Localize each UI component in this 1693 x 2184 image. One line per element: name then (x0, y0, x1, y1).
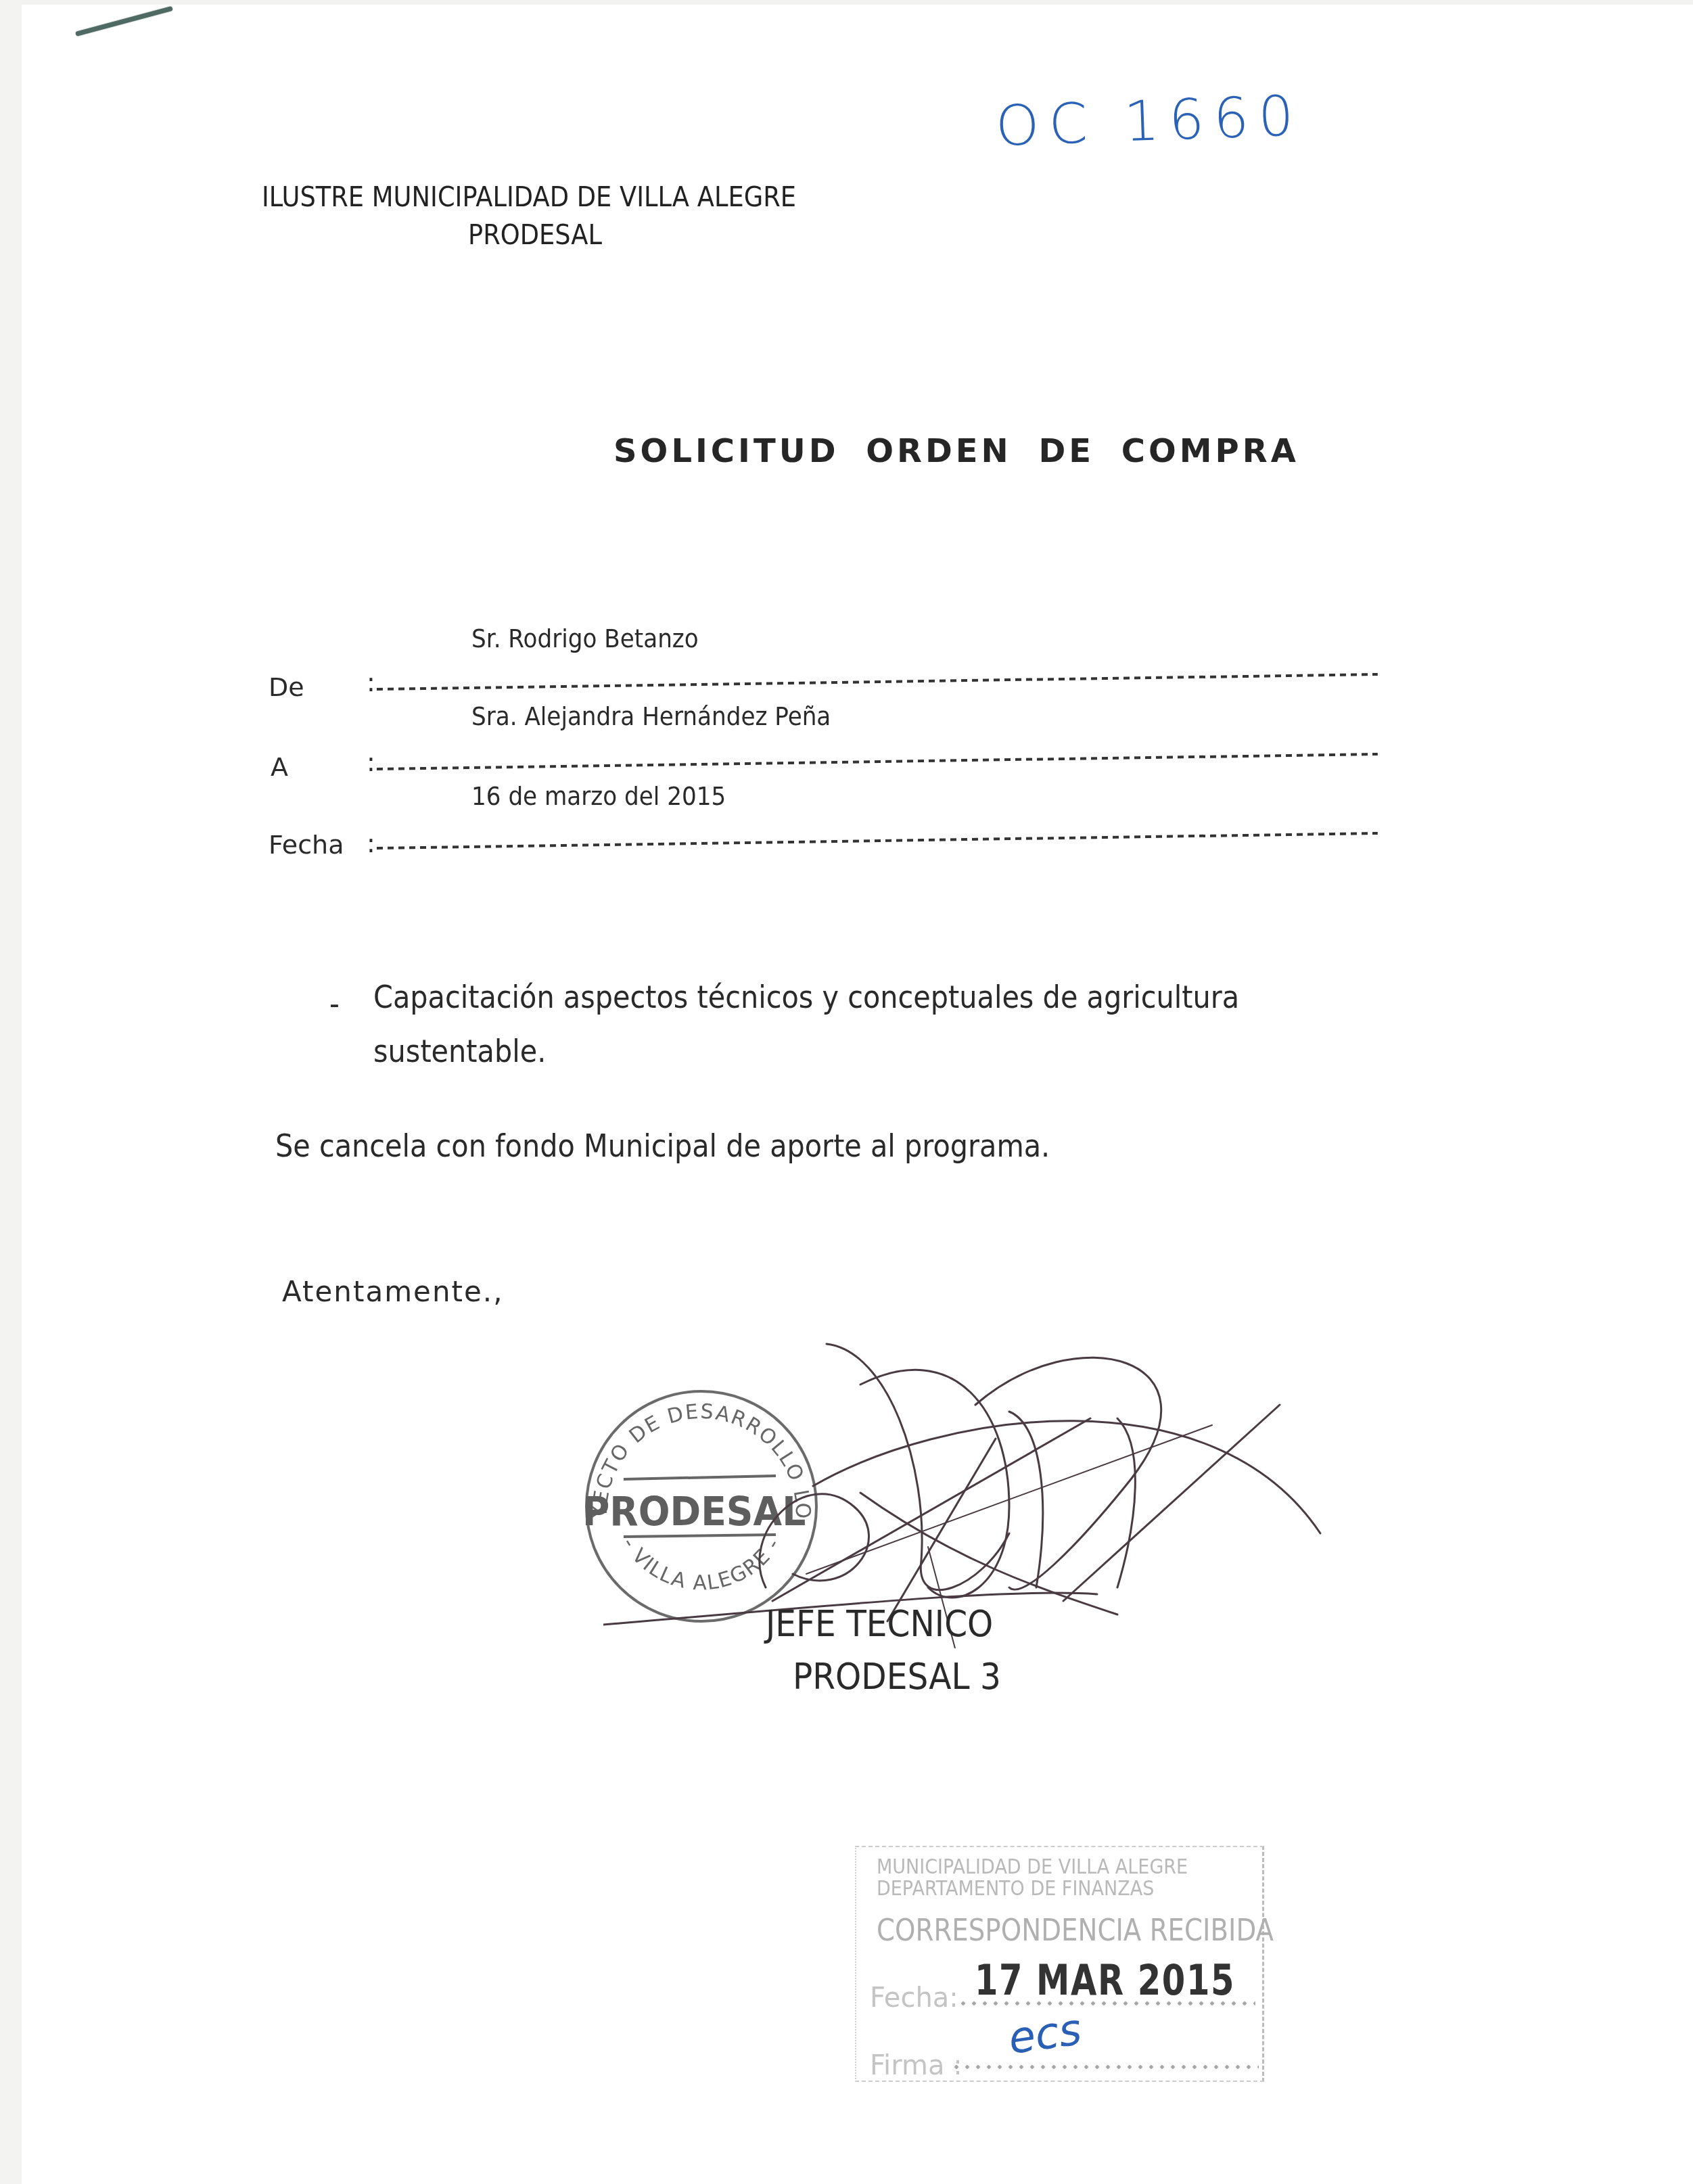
handwritten-signature (603, 1330, 1347, 1648)
item-line-2: sustentable. (373, 1033, 546, 1069)
closing-salutation: Atentamente., (282, 1275, 504, 1308)
field-de-value: Sr. Rodrigo Betanzo (471, 624, 699, 653)
program-header: PRODESAL (468, 220, 602, 251)
stamp-status: CORRESPONDENCIA RECIBIDA (877, 1913, 1274, 1948)
received-correspondence-stamp: MUNICIPALIDAD DE VILLA ALEGRE DEPARTAMEN… (855, 1846, 1264, 2082)
field-a-value: Sra. Alejandra Hernández Peña (471, 701, 831, 731)
field-de-label: De (269, 672, 304, 702)
institution-header: ILUSTRE MUNICIPALIDAD DE VILLA ALEGRE (262, 182, 796, 213)
field-fecha-dashed-line (377, 832, 1378, 850)
field-a-dashed-line (377, 753, 1378, 770)
field-a-colon: : (367, 747, 375, 777)
stamp-date-label: Fecha: (870, 1982, 958, 2014)
field-fecha-label: Fecha (269, 830, 344, 860)
signer-unit: PRODESAL 3 (793, 1655, 1001, 1698)
field-de-colon: : (367, 668, 375, 697)
item-bullet: - (329, 985, 340, 1022)
purchase-order-number-handwritten: OC 1660 (994, 84, 1304, 159)
stamp-date: 17 MAR 2015 (975, 1955, 1235, 2005)
document-title: SOLICITUD ORDEN DE COMPRA (613, 432, 1299, 470)
signer-role: JEFE TECNICO (766, 1602, 993, 1645)
stamp-signature-label: Firma : (870, 2050, 963, 2081)
stamp-date-dotted-line (958, 2001, 1255, 2005)
scanned-document-page: OC 1660 ILUSTRE MUNICIPALIDAD DE VILLA A… (22, 5, 1693, 2184)
field-a-label: A (271, 752, 288, 782)
stamp-department: DEPARTAMENTO DE FINANZAS (877, 1877, 1154, 1901)
payment-note: Se cancela con fondo Municipal de aporte… (275, 1128, 1050, 1164)
stamp-initials: ecs (1005, 2005, 1084, 2064)
field-fecha-colon: : (367, 829, 375, 858)
field-de-dashed-line (377, 673, 1378, 691)
stamp-signature-dotted-line (951, 2065, 1259, 2069)
staple-mark (75, 6, 173, 37)
item-line-1: Capacitación aspectos técnicos y concept… (373, 979, 1239, 1015)
field-fecha-value: 16 de marzo del 2015 (471, 781, 726, 811)
stamp-municipality: MUNICIPALIDAD DE VILLA ALEGRE (877, 1855, 1188, 1879)
